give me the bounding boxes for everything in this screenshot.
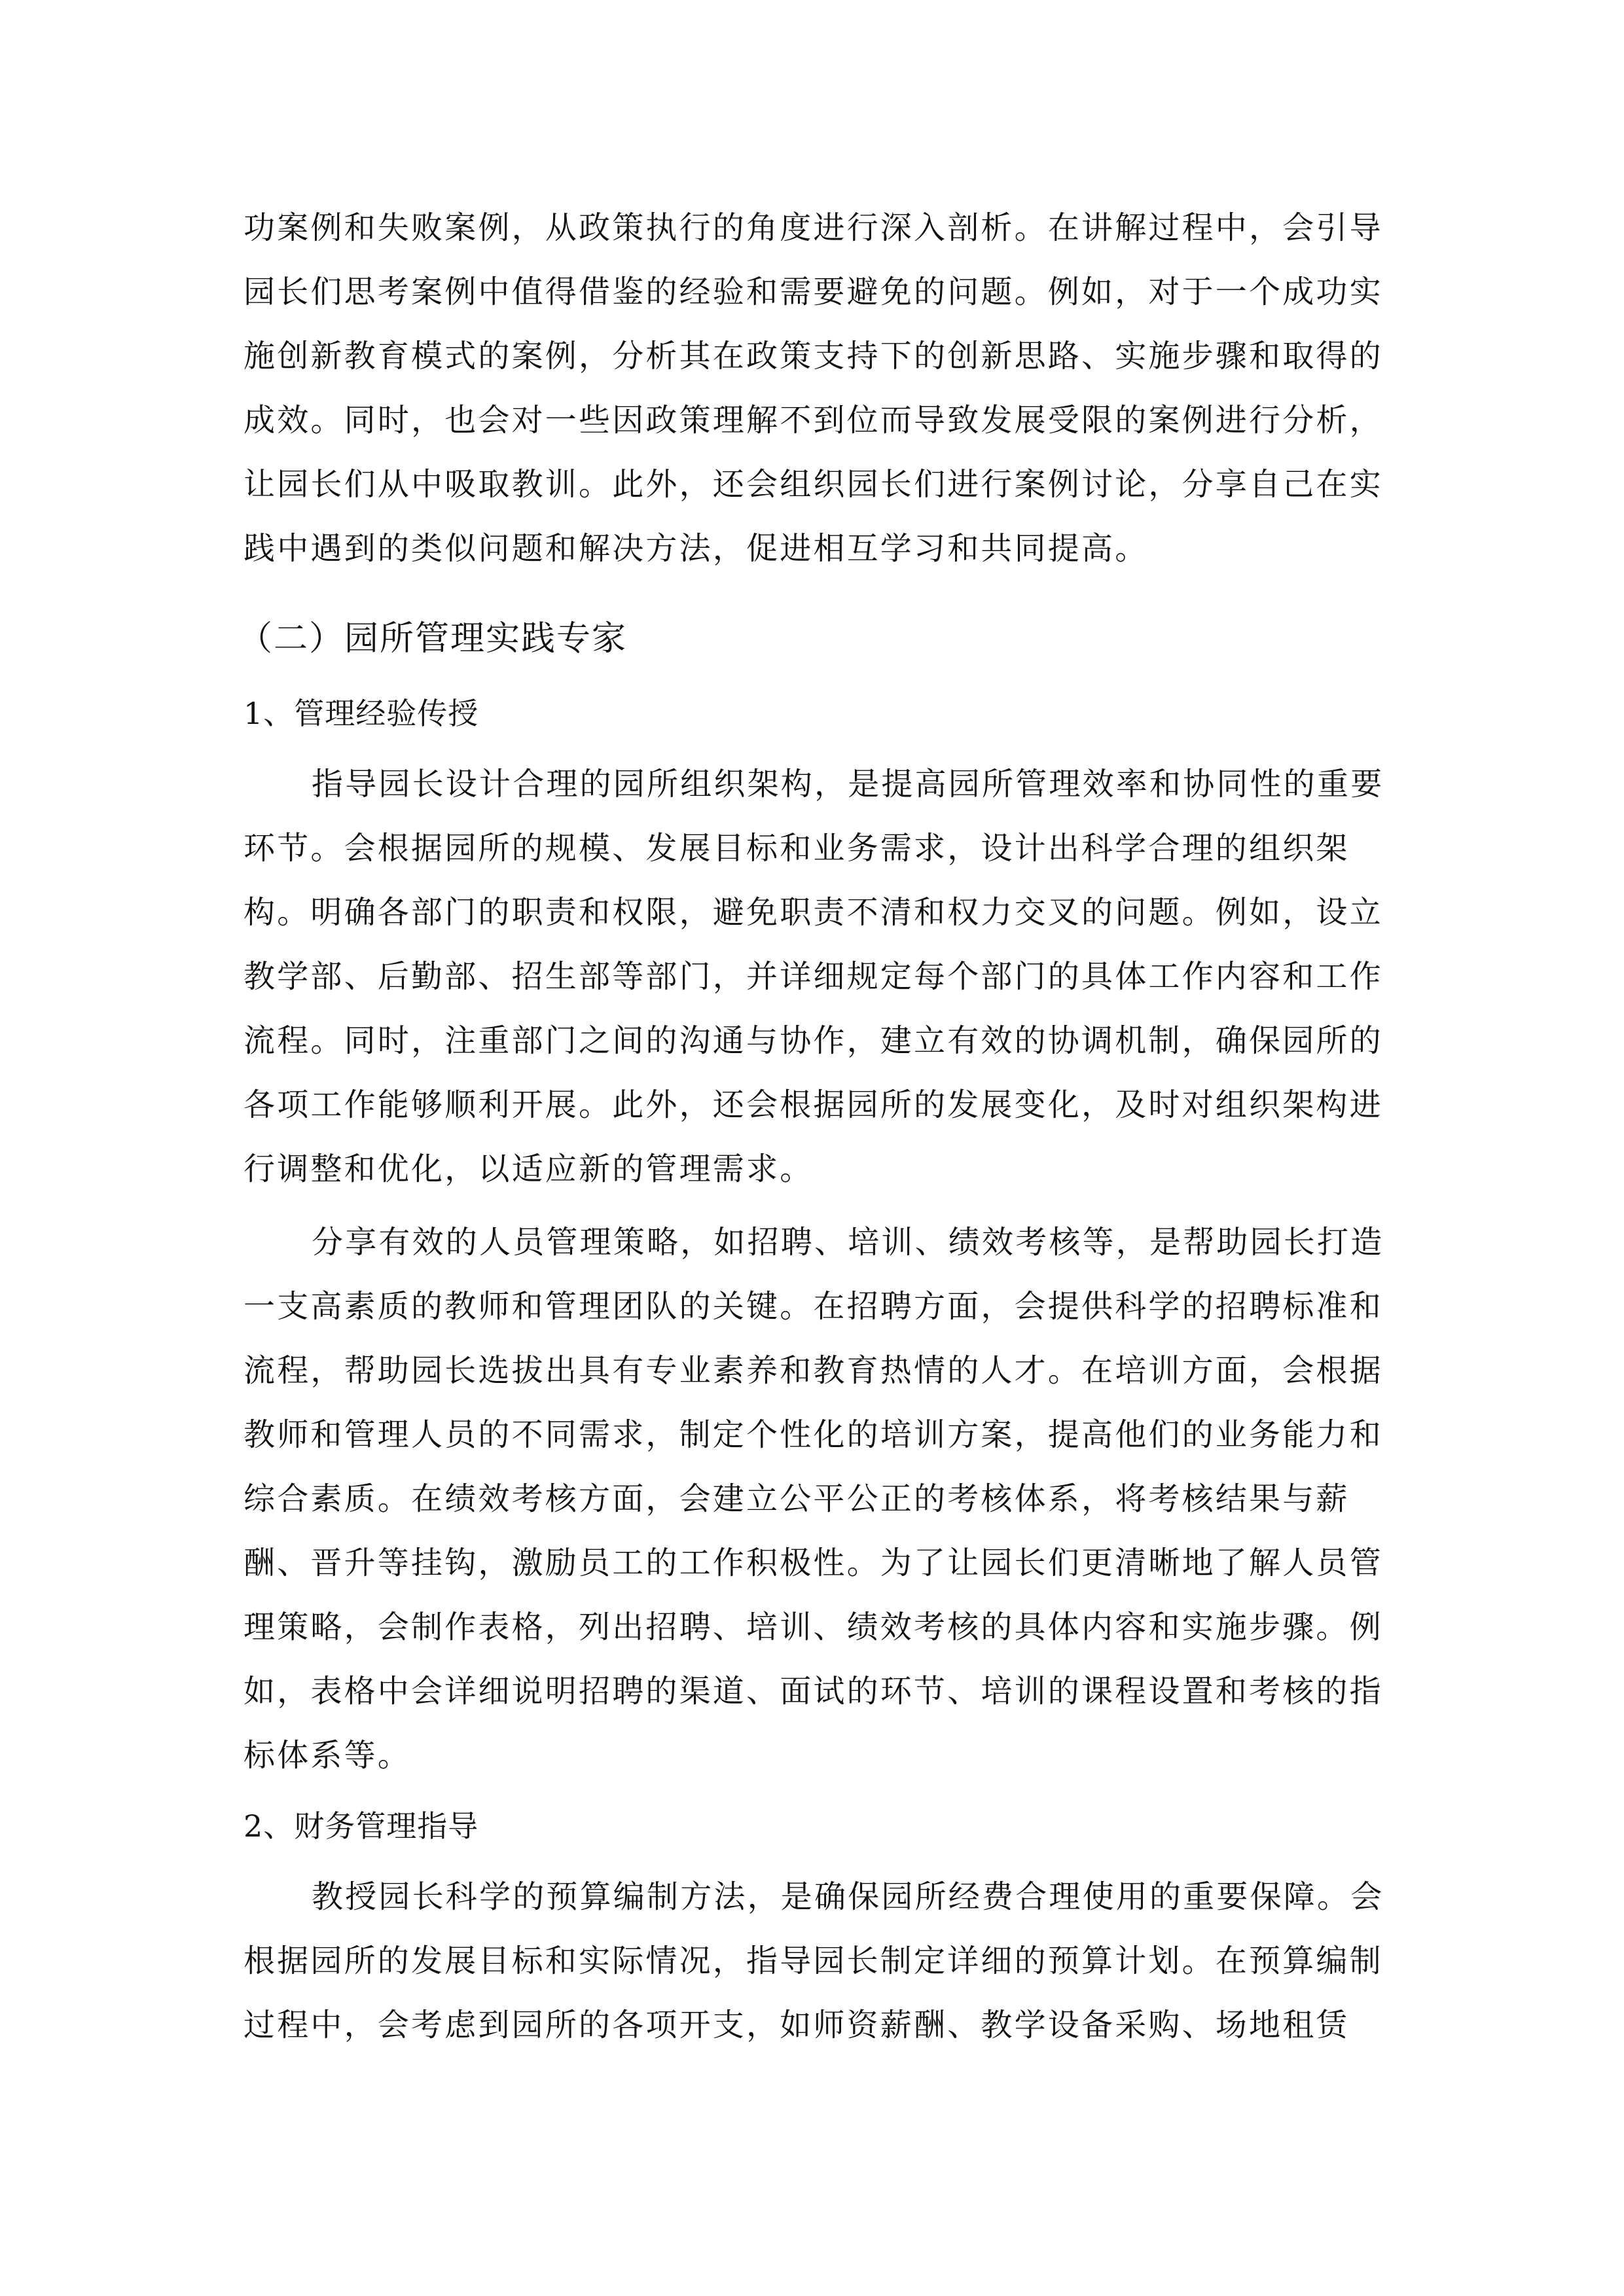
text-line: 指导园长设计合理的园所组织架构，是提高园所管理效率和协同性的重要 (312, 764, 1384, 804)
text-line: 综合素质。在绩效考核方面，会建立公平公正的考核体系，将考核结果与薪 (244, 1479, 1350, 1518)
text-line: 教授园长科学的预算编制方法，是确保园所经费合理使用的重要保障。会 (312, 1877, 1384, 1916)
text-line: 构。明确各部门的职责和权限，避免职责不清和权力交叉的问题。例如，设立 (244, 893, 1383, 932)
text-line: 功案例和失败案例，从政策执行的角度进行深入剖析。在讲解过程中，会引导 (244, 208, 1383, 247)
text-line: 践中遇到的类似问题和解决方法，促进相互学习和共同提高。 (244, 529, 1148, 568)
text-line: 流程。同时，注重部门之间的沟通与协作，建立有效的协调机制，确保园所的 (244, 1021, 1383, 1060)
text-line: 让园长们从中吸取教训。此外，还会组织园长们进行案例讨论，分享自己在实 (244, 465, 1383, 504)
text-line: 各项工作能够顺利开展。此外，还会根据园所的发展变化，及时对组织架构进 (244, 1085, 1383, 1124)
text-line: 流程，帮助园长选拔出具有专业素养和教育热情的人才。在培训方面，会根据 (244, 1351, 1383, 1390)
text-line: 理策略，会制作表格，列出招聘、培训、绩效考核的具体内容和实施步骤。例 (244, 1607, 1383, 1647)
text-line: 标体系等。 (244, 1736, 411, 1775)
text-line: 教师和管理人员的不同需求，制定个性化的培训方案，提高他们的业务能力和 (244, 1415, 1383, 1454)
text-line: 如，表格中会详细说明招聘的渠道、面试的环节、培训的课程设置和考核的指 (244, 1672, 1383, 1711)
text-line: 行调整和优化，以适应新的管理需求。 (244, 1149, 813, 1189)
text-line: 过程中，会考虑到园所的各项开支，如师资薪酬、教学设备采购、场地租赁 (244, 2005, 1350, 2045)
text-line: 一支高素质的教师和管理团队的关键。在招聘方面，会提供科学的招聘标准和 (244, 1287, 1383, 1326)
text-line: 成效。同时，也会对一些因政策理解不到位而导致发展受限的案例进行分析， (244, 401, 1383, 440)
text-line: 园长们思考案例中值得借鉴的经验和需要避免的问题。例如，对于一个成功实 (244, 272, 1383, 312)
text-line: 根据园所的发展目标和实际情况，指导园长制定详细的预算计划。在预算编制 (244, 1941, 1383, 1981)
text-line: 酬、晋升等挂钩，激励员工的工作积极性。为了让园长们更清晰地了解人员管 (244, 1543, 1383, 1583)
text-line: 教学部、后勤部、招生部等部门，并详细规定每个部门的具体工作内容和工作 (244, 957, 1383, 996)
text-line: 分享有效的人员管理策略，如招聘、培训、绩效考核等，是帮助园长打造 (312, 1223, 1384, 1262)
text-line: 环节。会根据园所的规模、发展目标和业务需求，设计出科学合理的组织架 (244, 829, 1350, 868)
section-heading: （二）园所管理实践专家 (238, 619, 627, 658)
subsection-heading-management-experience: 1、管理经验传授 (244, 694, 478, 733)
text-line: 施创新教育模式的案例，分析其在政策支持下的创新思路、实施步骤和取得的 (244, 336, 1383, 376)
subsection-heading-financial-management: 2、财务管理指导 (244, 1806, 478, 1846)
